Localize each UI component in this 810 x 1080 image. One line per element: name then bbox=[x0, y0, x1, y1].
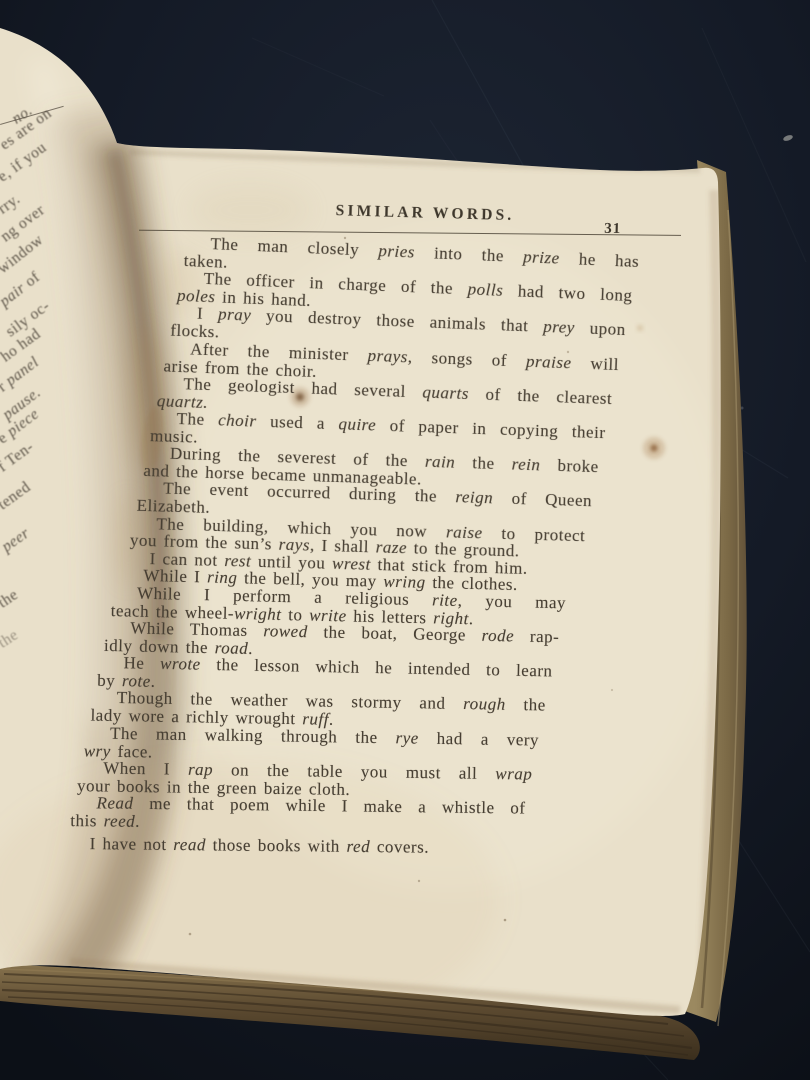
italic-word: rein bbox=[511, 455, 540, 475]
italic-word: prize bbox=[523, 247, 560, 268]
text-segment: broke bbox=[540, 456, 599, 477]
text-block: The man closely pries into the prize he … bbox=[168, 234, 640, 868]
italic-word: polls bbox=[467, 280, 503, 300]
text-segment: will bbox=[571, 353, 619, 374]
page-number: 31 bbox=[604, 221, 621, 238]
italic-word: poles bbox=[177, 286, 216, 307]
italic-word: quire bbox=[338, 414, 376, 434]
right-page: SIMILAR WORDS. 31 The man closely pries … bbox=[166, 196, 640, 908]
paragraph: Read me that poem while I make a whistle… bbox=[70, 794, 525, 835]
text-segment: used a bbox=[256, 412, 339, 434]
italic-word: Read bbox=[96, 793, 133, 812]
text-segment: flocks. bbox=[170, 321, 220, 342]
text-segment: upon bbox=[574, 319, 626, 340]
italic-word: rowed bbox=[263, 621, 308, 641]
text-segment: this bbox=[70, 811, 104, 830]
italic-word: reign bbox=[455, 488, 493, 508]
italic-word: prays bbox=[367, 345, 408, 365]
italic-word: choir bbox=[218, 410, 257, 430]
text-segment: had a very bbox=[419, 728, 540, 749]
italic-word: wry bbox=[84, 741, 111, 760]
italic-word: wrap bbox=[495, 764, 532, 784]
italic-word: quarts bbox=[422, 382, 469, 403]
text-segment: . bbox=[135, 811, 140, 830]
text-segment: rap- bbox=[514, 627, 560, 647]
text-segment: covers. bbox=[370, 837, 429, 857]
italic-word: rye bbox=[395, 728, 419, 747]
italic-word: rap bbox=[188, 760, 213, 779]
italic-word: ruff bbox=[302, 709, 329, 728]
text-segment: he has bbox=[559, 249, 639, 271]
text-segment: . bbox=[329, 710, 334, 729]
text-segment: , songs of bbox=[408, 347, 527, 370]
text-segment: I have not bbox=[90, 834, 174, 854]
text-segment: the boat, George bbox=[308, 622, 482, 645]
running-title: SIMILAR WORDS. bbox=[335, 202, 514, 225]
text-segment: of Queen bbox=[493, 489, 592, 511]
italic-word: red bbox=[347, 837, 371, 856]
italic-word: rode bbox=[481, 626, 514, 646]
italic-word: wrote bbox=[160, 654, 201, 674]
text-segment: face. bbox=[111, 741, 153, 761]
italic-word: read bbox=[173, 835, 206, 854]
italic-word: praise bbox=[526, 351, 572, 372]
italic-word: pray bbox=[218, 305, 252, 325]
italic-word: pries bbox=[378, 241, 415, 262]
text-segment: the bbox=[506, 695, 546, 715]
text-segment: the bbox=[455, 453, 512, 474]
book-photo: no.es are one, if yourry.ng overwindowpa… bbox=[0, 0, 810, 1080]
italic-word: rite bbox=[432, 590, 458, 610]
italic-word: rain bbox=[425, 452, 456, 472]
italic-word: reed bbox=[104, 811, 136, 830]
italic-word: prey bbox=[543, 317, 575, 337]
italic-word: rough bbox=[463, 694, 506, 714]
text-segment: those books with bbox=[206, 836, 347, 856]
